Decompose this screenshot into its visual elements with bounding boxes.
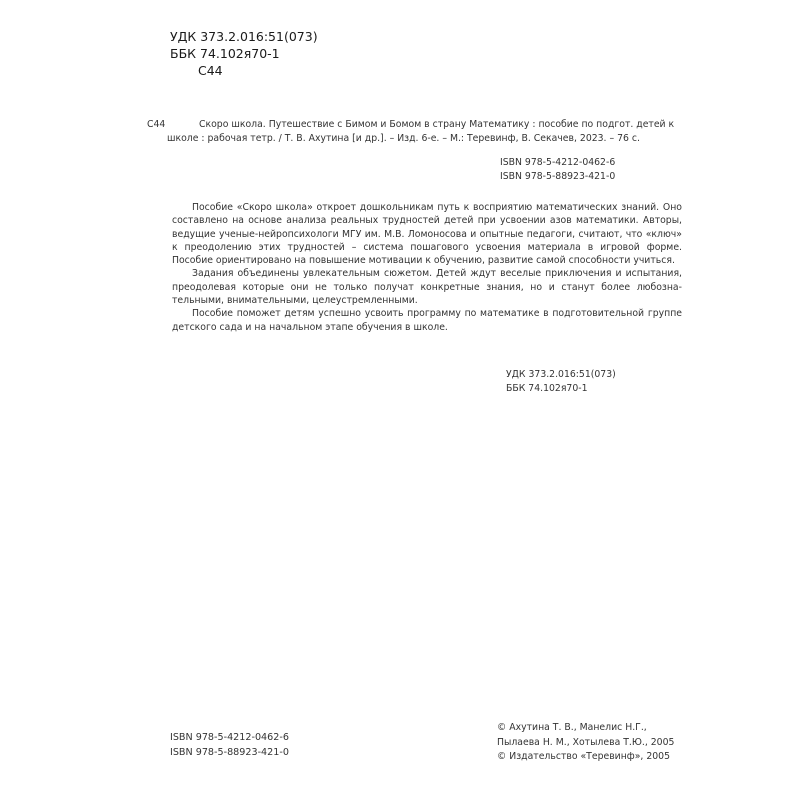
copyright-line: © Ахутина Т. В., Манелис Н.Г., — [497, 721, 674, 736]
annotation-paragraph: Задания объединены увлекательным сюжетом… — [172, 267, 682, 307]
isbn-block-bottom: ISBN 978-5-4212-0462-6 ISBN 978-5-88923-… — [170, 731, 289, 760]
copyright-block: © Ахутина Т. В., Манелис Н.Г., Пылаева Н… — [497, 721, 674, 765]
bib-line-1: Скоро школа. Путешествие с Бимом и Бомом… — [199, 118, 674, 132]
annotation: Пособие «Скоро школа» откроет дошкольник… — [172, 201, 682, 334]
isbn-line: ISBN 978-5-4212-0462-6 — [500, 156, 615, 170]
bib-line-2: школе : рабочая тетр. / Т. В. Ахутина [и… — [147, 132, 687, 146]
copyright-line: Пылаева Н. М., Хотылева Т.Ю., 2005 — [497, 736, 674, 751]
bibliographic-record: С44 Скоро школа. Путешествие с Бимом и Б… — [147, 118, 687, 146]
udk-code: УДК 373.2.016:51(073) — [170, 28, 318, 45]
classification-codes-right: УДК 373.2.016:51(073) ББК 74.102я70-1 — [506, 368, 616, 396]
annotation-paragraph: Пособие поможет детям успешно усвоить пр… — [172, 307, 682, 334]
annotation-paragraph: Пособие «Скоро школа» откроет дошкольник… — [172, 201, 682, 267]
copyright-line: © Издательство «Теревинф», 2005 — [497, 750, 674, 765]
isbn-line: ISBN 978-5-88923-421-0 — [170, 746, 289, 761]
isbn-line: ISBN 978-5-88923-421-0 — [500, 170, 615, 184]
classification-codes-header: УДК 373.2.016:51(073) ББК 74.102я70-1 С4… — [170, 28, 318, 79]
udk-code: УДК 373.2.016:51(073) — [506, 368, 616, 382]
isbn-line: ISBN 978-5-4212-0462-6 — [170, 731, 289, 746]
bib-author-mark: С44 — [147, 118, 199, 132]
isbn-block-top: ISBN 978-5-4212-0462-6 ISBN 978-5-88923-… — [500, 156, 615, 184]
bbk-code: ББК 74.102я70-1 — [506, 382, 616, 396]
bbk-code: ББК 74.102я70-1 — [170, 45, 318, 62]
author-mark: С44 — [170, 62, 318, 79]
